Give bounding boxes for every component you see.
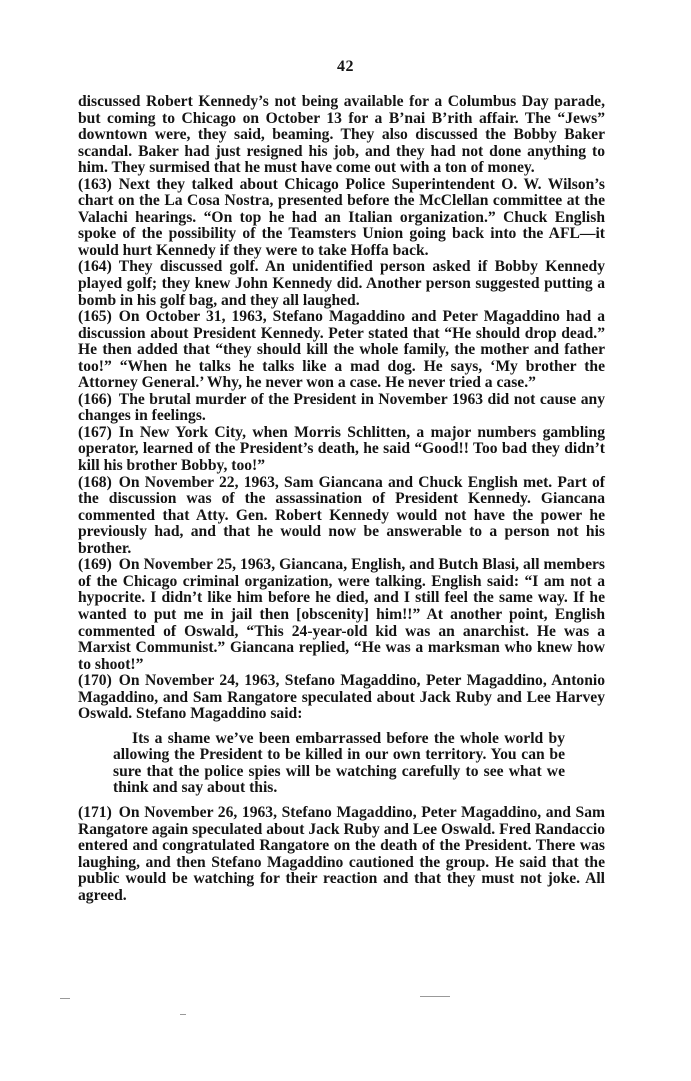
scan-artifact-mark [420, 996, 450, 997]
paragraph-169: (169)On November 25, 1963, Giancana, Eng… [78, 557, 605, 673]
paragraph-number: (171) [78, 804, 112, 821]
paragraph-text: On November 26, 1963, Stefano Magaddino,… [78, 804, 605, 904]
paragraph-number: (168) [78, 474, 112, 491]
body-text: discussed Robert Kennedy’s not being ava… [78, 94, 605, 904]
paragraph-number: (164) [78, 258, 112, 275]
paragraph-167: (167)In New York City, when Morris Schli… [78, 425, 605, 475]
page-number: 42 [0, 58, 691, 76]
paragraph-165: (165)On October 31, 1963, Stefano Magadd… [78, 309, 605, 392]
paragraph-number: (163) [78, 176, 112, 193]
paragraph-164: (164)They discussed golf. An unidentifie… [78, 259, 605, 309]
paragraph-163: (163)Next they talked about Chicago Poli… [78, 177, 605, 260]
paragraph-text: discussed Robert Kennedy’s not being ava… [78, 93, 605, 176]
paragraph-continued: discussed Robert Kennedy’s not being ava… [78, 94, 605, 177]
paragraph-166: (166)The brutal murder of the President … [78, 392, 605, 425]
paragraph-text: In New York City, when Morris Schlitten,… [78, 424, 605, 474]
paragraph-text: On November 22, 1963, Sam Giancana and C… [78, 474, 605, 557]
paragraph-text: They discussed golf. An unidentified per… [78, 258, 605, 308]
paragraph-text: On October 31, 1963, Stefano Magaddino a… [78, 308, 605, 391]
paragraph-168: (168)On November 22, 1963, Sam Giancana … [78, 475, 605, 558]
paragraph-text: Next they talked about Chicago Police Su… [78, 176, 605, 259]
paragraph-number: (165) [78, 308, 112, 325]
paragraph-170: (170)On November 24, 1963, Stefano Magad… [78, 673, 605, 723]
paragraph-number: (167) [78, 424, 112, 441]
paragraph-text: The brutal murder of the President in No… [78, 391, 605, 425]
paragraph-text: On November 25, 1963, Giancana, English,… [78, 556, 605, 672]
paragraph-text: On November 24, 1963, Stefano Magaddino,… [78, 672, 605, 722]
paragraph-171: (171)On November 26, 1963, Stefano Magad… [78, 805, 605, 904]
scan-artifact-mark [180, 1014, 186, 1015]
document-page: 42 discussed Robert Kennedy’s not being … [0, 0, 691, 1081]
block-quote: Its a shame we’ve been embarrassed befor… [113, 731, 565, 797]
paragraph-number: (169) [78, 556, 112, 573]
paragraph-number: (166) [78, 391, 112, 408]
scan-artifact-mark [60, 998, 70, 999]
paragraph-number: (170) [78, 672, 112, 689]
